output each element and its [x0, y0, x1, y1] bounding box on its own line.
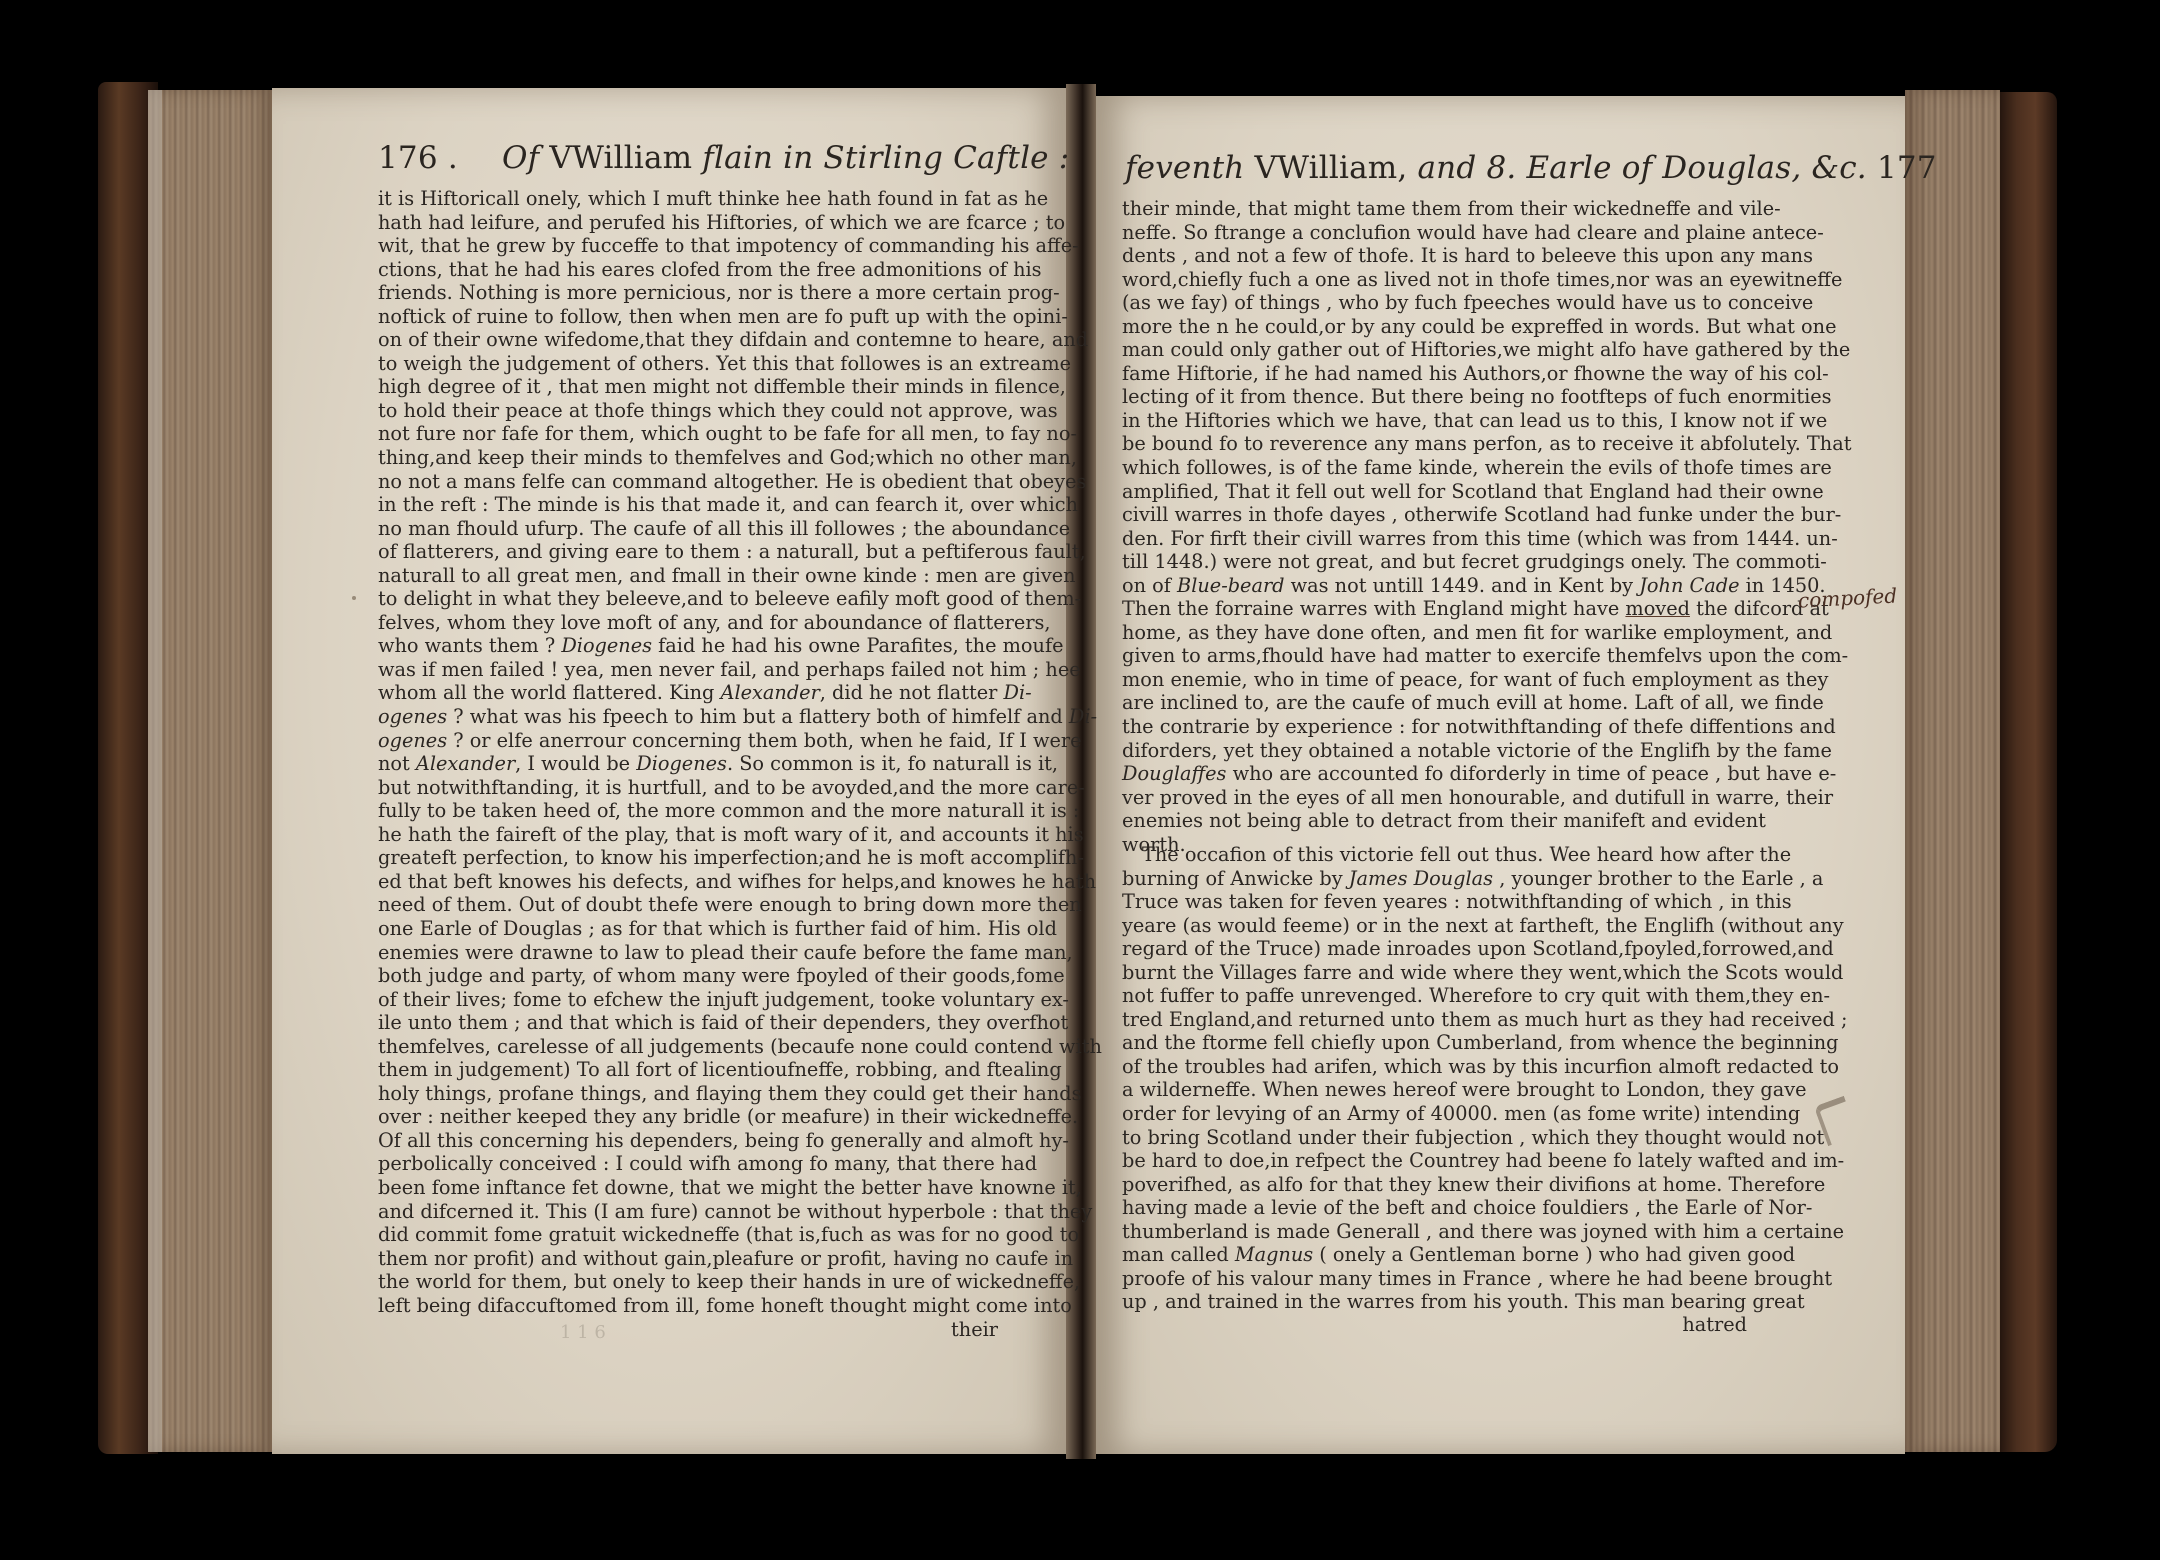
- text-line: it is Hiftoricall onely, which I muft th…: [378, 187, 1006, 211]
- text-line: man could only gather out of Hiftories,w…: [1122, 338, 1750, 362]
- text-line: he hath the faireft of the play, that is…: [378, 823, 1006, 847]
- text-line: in the Hiftories which we have, that can…: [1122, 409, 1750, 433]
- text-line: holy things, profane things, and flaying…: [378, 1082, 1006, 1106]
- text-line: lecting of it from thence. But there bei…: [1122, 385, 1750, 409]
- text-line: did commit fome gratuit wickedneffe (tha…: [378, 1223, 1006, 1247]
- text-line: and the ftorme fell chiefly upon Cumberl…: [1122, 1031, 1750, 1055]
- text-line: ile unto them ; and that which is faid o…: [378, 1011, 1006, 1035]
- text-line: and difcerned it. This (I am fure) canno…: [378, 1200, 1006, 1224]
- text-line: left being difaccuftomed from ill, fome …: [378, 1294, 1006, 1318]
- left-page-number: 176 .: [378, 140, 458, 176]
- text-line: thumberland is made Generall , and there…: [1122, 1220, 1750, 1244]
- text-line: ver proved in the eyes of all men honour…: [1122, 786, 1750, 810]
- text-line: civill warres in thofe dayes , otherwife…: [1122, 503, 1750, 527]
- text-line: be hard to doe,in refpect the Countrey h…: [1122, 1149, 1750, 1173]
- right-head-italic: and 8. Earle of Douglas, &c.: [1418, 150, 1867, 186]
- text-line: having made a levie of the beft and choi…: [1122, 1196, 1750, 1220]
- text-line: been fome inftance fet downe, that we mi…: [378, 1176, 1006, 1200]
- text-line: ogenes ? what was his fpeech to him but …: [378, 705, 1006, 729]
- text-line: to bring Scotland under their fubjection…: [1122, 1126, 1750, 1150]
- left-running-head: 176 . Of Of VWilliam VWilliam flain in S…: [378, 140, 1069, 176]
- text-line: to hold their peace at thofe things whic…: [378, 399, 1006, 423]
- left-head-italic: flain in Stirling Caftle :: [702, 140, 1069, 176]
- text-line: burning of Anwicke by James Douglas , yo…: [1122, 867, 1750, 891]
- text-line: burnt the Villages farre and wide where …: [1122, 961, 1750, 985]
- text-line: but notwithftanding, it is hurtfull, and…: [378, 776, 1006, 800]
- text-line: greateft perfection, to know his imperfe…: [378, 846, 1006, 870]
- text-line: mon enemie, who in time of peace, for wa…: [1122, 668, 1750, 692]
- text-line: not fure nor fafe for them, which ought …: [378, 422, 1006, 446]
- text-line: tred England,and returned unto them as m…: [1122, 1008, 1750, 1032]
- text-line: wit, that he grew by fucceffe to that im…: [378, 234, 1006, 258]
- text-line: high degree of it , that men might not d…: [378, 375, 1006, 399]
- text-line: home, as they have done often, and men f…: [1122, 621, 1750, 645]
- right-page-paragraph-1: their minde, that might tame them from t…: [1122, 197, 1750, 856]
- text-line: regard of the Truce) made inroades upon …: [1122, 937, 1750, 961]
- right-page-paragraph-2: The occafion of this victorie fell out t…: [1122, 843, 1750, 1314]
- text-line: till 1448.) were not great, and but fecr…: [1122, 550, 1750, 574]
- text-line: more the n he could,or by any could be e…: [1122, 315, 1750, 339]
- text-line: are inclined to, are the caufe of much e…: [1122, 691, 1750, 715]
- text-line: of their lives; fome to efchew the injuf…: [378, 988, 1006, 1012]
- page-stack-right: [1905, 90, 2000, 1452]
- text-line: to weigh the judgement of others. Yet th…: [378, 352, 1006, 376]
- text-line: on of Blue-beard was not untill 1449. an…: [1122, 574, 1750, 598]
- show-through-text: 1 1 6: [560, 1322, 606, 1343]
- left-catchword-wrap: their: [378, 1318, 998, 1342]
- right-head-italic-start: feventh: [1125, 150, 1244, 186]
- text-line: need of them. Out of doubt thefe were en…: [378, 893, 1006, 917]
- text-line: one Earle of Douglas ; as for that which…: [378, 917, 1006, 941]
- text-line: not Alexander, I would be Diogenes. So c…: [378, 752, 1006, 776]
- text-line: ogenes ? or elfe anerrour concerning the…: [378, 729, 1006, 753]
- text-line: a wilderneffe. When newes hereof were br…: [1122, 1078, 1750, 1102]
- text-line: over : neither keeped they any bridle (o…: [378, 1105, 1006, 1129]
- text-line: the contrarie by experience : for notwit…: [1122, 715, 1750, 739]
- text-line: thing,and keep their minds to themfelves…: [378, 446, 1006, 470]
- text-line: no man fhould ufurp. The caufe of all th…: [378, 517, 1006, 541]
- text-line: neffe. So ftrange a conclufion would hav…: [1122, 221, 1750, 245]
- book-cover-right: [1995, 92, 2057, 1452]
- left-head-of: Of: [502, 140, 539, 176]
- text-line: of flatterers, and giving eare to them :…: [378, 540, 1006, 564]
- right-running-head: feventh VWilliam, and 8. Earle of Dougla…: [1125, 150, 1937, 186]
- text-line: naturall to all great men, and fmall in …: [378, 564, 1006, 588]
- text-line: ctions, that he had his eares clofed fro…: [378, 258, 1006, 282]
- text-line: noftick of ruine to follow, then when me…: [378, 305, 1006, 329]
- text-line: not fuffer to paffe unrevenged. Wherefor…: [1122, 984, 1750, 1008]
- text-line: dents , and not a few of thofe. It is ha…: [1122, 244, 1750, 268]
- text-line: themfelves, carelesse of all judgements …: [378, 1035, 1006, 1059]
- text-line: proofe of his valour many times in Franc…: [1122, 1267, 1750, 1291]
- text-line: whom all the world flattered. King Alexa…: [378, 681, 1006, 705]
- text-line: amplified, That it fell out well for Sco…: [1122, 480, 1750, 504]
- text-line: who wants them ? Diogenes faid he had hi…: [378, 634, 1006, 658]
- text-line: given to arms,fhould have had matter to …: [1122, 644, 1750, 668]
- text-line: enemies not being able to detract from t…: [1122, 809, 1750, 833]
- text-line: diforders, yet they obtained a notable v…: [1122, 739, 1750, 763]
- text-line: felves, whom they love moft of any, and …: [378, 611, 1006, 635]
- text-line: Douglaffes who are accounted fo diforder…: [1122, 762, 1750, 786]
- text-line: Then the forraine warres with England mi…: [1122, 597, 1750, 621]
- text-line: Of all this concerning his dependers, be…: [378, 1129, 1006, 1153]
- text-line: their minde, that might tame them from t…: [1122, 197, 1750, 221]
- text-line: in the reft : The minde is his that made…: [378, 493, 1006, 517]
- text-line: was if men failed ! yea, men never fail,…: [378, 658, 1006, 682]
- margin-speck: [352, 596, 356, 600]
- text-line: which followes, is of the fame kinde, wh…: [1122, 456, 1750, 480]
- text-line: up , and trained in the warres from his …: [1122, 1290, 1750, 1314]
- right-catchword: hatred: [1122, 1313, 1747, 1337]
- text-line: enemies were drawne to law to plead thei…: [378, 941, 1006, 965]
- text-line: of the troubles had arifen, which was by…: [1122, 1055, 1750, 1079]
- text-line: friends. Nothing is more pernicious, nor…: [378, 281, 1006, 305]
- text-line: them in judgement) To all fort of licent…: [378, 1058, 1006, 1082]
- text-line: den. For firft their civill warres from …: [1122, 527, 1750, 551]
- text-line: on of their owne wifedome,that they difd…: [378, 328, 1006, 352]
- text-line: both judge and party, of whom many were …: [378, 964, 1006, 988]
- text-line: ed that beft knowes his defects, and wif…: [378, 870, 1006, 894]
- left-catchword: their: [378, 1318, 998, 1342]
- text-line: fully to be taken heed of, the more comm…: [378, 799, 1006, 823]
- right-head-roman: VWilliam,: [1255, 150, 1408, 186]
- text-line: fame Hiftorie, if he had named his Autho…: [1122, 362, 1750, 386]
- left-page-body: it is Hiftoricall onely, which I muft th…: [378, 187, 1006, 1317]
- text-line: the world for them, but onely to keep th…: [378, 1270, 1006, 1294]
- left-head-name: VWilliam: [549, 140, 692, 176]
- text-line: no not a mans felfe can command altogeth…: [378, 470, 1006, 494]
- text-line: word,chiefly fuch a one as lived not in …: [1122, 268, 1750, 292]
- text-line: to delight in what they beleeve,and to b…: [378, 587, 1006, 611]
- text-line: be bound fo to reverence any mans perfon…: [1122, 432, 1750, 456]
- text-line: them nor profit) and without gain,pleafu…: [378, 1247, 1006, 1271]
- text-line: perbolically conceived : I could wifh am…: [378, 1152, 1006, 1176]
- text-line: man called Magnus ( onely a Gentleman bo…: [1122, 1243, 1750, 1267]
- text-line: hath had leifure, and perufed his Hiftor…: [378, 211, 1006, 235]
- text-line: poverifhed, as alfo for that they knew t…: [1122, 1173, 1750, 1197]
- right-catchword-wrap: hatred: [1122, 1313, 1747, 1337]
- text-line: yeare (as would feeme) or in the next at…: [1122, 914, 1750, 938]
- text-line: The occafion of this victorie fell out t…: [1122, 843, 1750, 867]
- right-page-number: 177: [1877, 150, 1937, 186]
- text-line: order for levying of an Army of 40000. m…: [1122, 1102, 1750, 1126]
- text-line: (as we fay) of things , who by fuch fpee…: [1122, 291, 1750, 315]
- text-line: Truce was taken for feven yeares : notwi…: [1122, 890, 1750, 914]
- page-stack-left: [148, 90, 273, 1452]
